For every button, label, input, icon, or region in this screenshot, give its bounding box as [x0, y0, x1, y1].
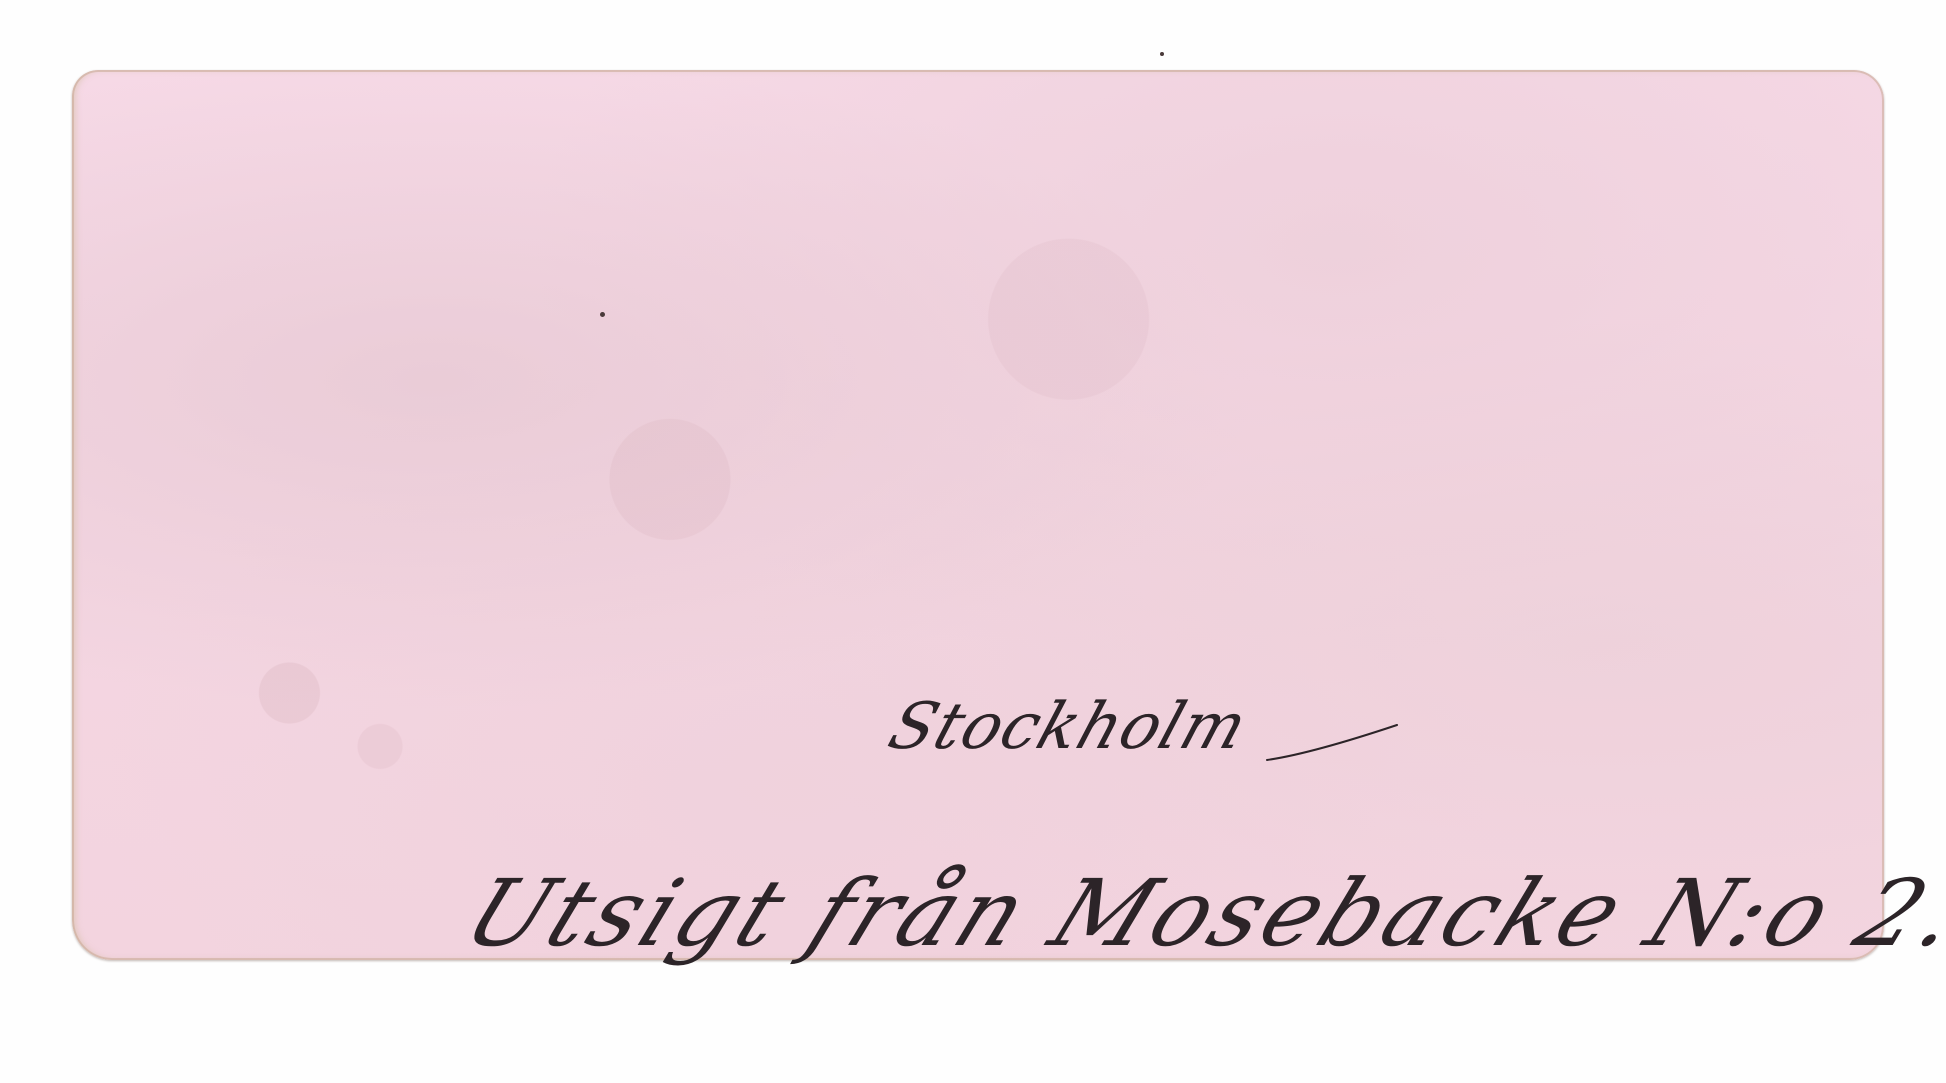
ink-speck: [1160, 52, 1164, 56]
scan-background: Stockholm Utsigt från Mosebacke N:o 2.: [0, 0, 1946, 1083]
ink-speck: [600, 312, 605, 317]
flourish-stroke: [1262, 720, 1402, 770]
stereoview-card: Stockholm Utsigt från Mosebacke N:o 2.: [72, 70, 1884, 960]
inscription-title: Utsigt från Mosebacke N:o 2.: [450, 860, 1946, 967]
inscription-city: Stockholm: [880, 690, 1257, 764]
